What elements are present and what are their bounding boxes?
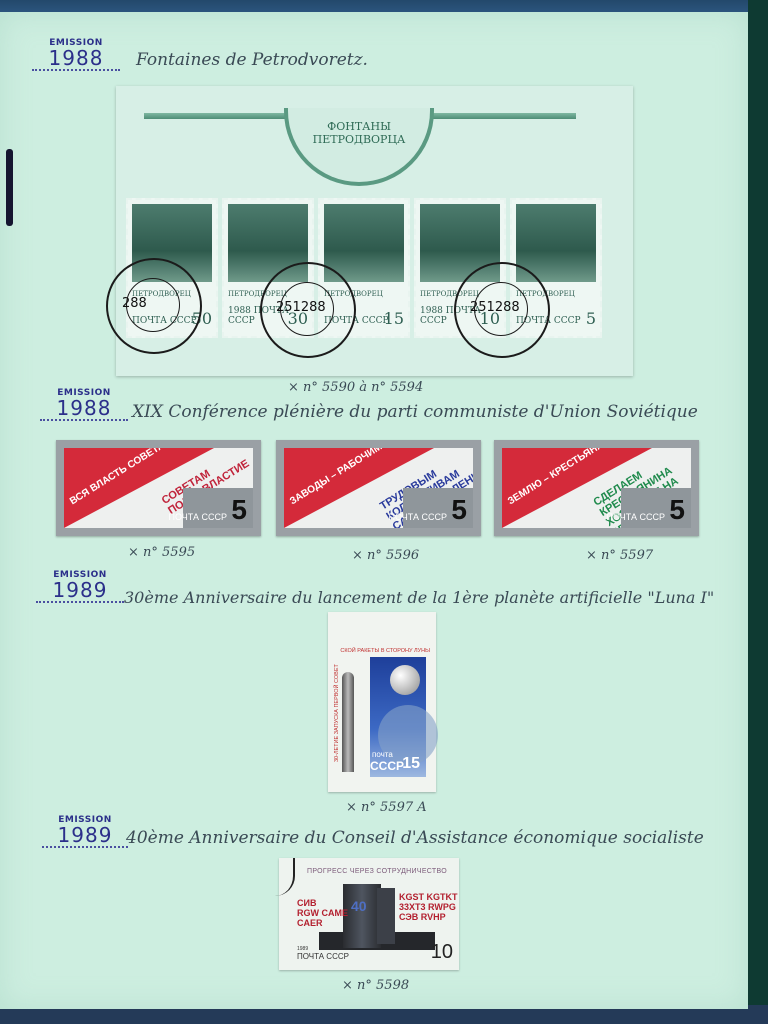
catalog-number: × n° 5595: [128, 545, 195, 560]
postmark-date: 251288: [276, 300, 326, 315]
stamp-value: 5: [586, 309, 596, 328]
catalog-number: × n° 5598: [342, 978, 409, 993]
stamp-face: ВСЯ ВЛАСТЬ СОВЕТАМ! СОВЕТАМ ПОЛНОВЛАСТИЕ…: [64, 448, 253, 528]
catalog-number: × n° 5597 A: [346, 800, 427, 815]
building-tower: [343, 884, 381, 948]
abbr-line: KGST KGTKT: [399, 892, 458, 902]
sheet-title-line1: ФОНТАНЫ: [288, 120, 430, 133]
section-title: Fontaines de Petrodvoretz.: [136, 50, 368, 70]
sheet-title-line2: ПЕТРОДВОРЦА: [288, 133, 430, 146]
stamp-value: 15: [384, 309, 404, 328]
emission-year: 1988: [32, 48, 120, 68]
stamp-space-background: почта СССР 15: [370, 657, 426, 777]
postmark-fragment: [271, 858, 295, 896]
postmark: 288: [106, 258, 202, 354]
sheet-cartouche: ФОНТАНЫ ПЕТРОДВОРЦА: [284, 108, 434, 186]
emission-year: 1989: [36, 580, 124, 600]
section-title: 40ème Anniversaire du Conseil d'Assistan…: [126, 828, 704, 848]
stamp-post-text: ПОЧТА СССР: [389, 512, 447, 522]
stamp-top-text: ПРОГРЕСС ЧЕРЕЗ СОТРУДНИЧЕСТВО: [307, 868, 447, 875]
stamp-post-text: почта: [372, 750, 393, 759]
stamp-top-text: СКОЙ РАКЕТЫ В СТОРОНУ ЛУНЫ: [334, 648, 430, 654]
stamp-conference-land[interactable]: ЗЕМЛЮ – КРЕСТЬЯНАМ! СДЕЛАЕМ КРЕСТЬЯНИНА …: [494, 440, 699, 536]
postmark: 251288: [454, 262, 550, 358]
stamp-value: 5: [669, 494, 685, 526]
abbr-line: RGW CAME: [297, 908, 348, 918]
postmark: 251288: [260, 262, 356, 358]
stamp-value: 5: [451, 494, 467, 526]
stamp-value: 10: [431, 941, 453, 964]
stamp-value: 5: [231, 494, 247, 526]
punch-hole: [6, 149, 13, 226]
stamp-country: СССР: [370, 759, 404, 773]
postmark-date: 288: [122, 296, 147, 311]
stamp-anniversary-number: 40: [351, 898, 367, 914]
rocket-shape: [342, 672, 354, 772]
stamp-post-text: ПОЧТА СССР: [169, 512, 227, 522]
stamp-luna-1[interactable]: СКОЙ РАКЕТЫ В СТОРОНУ ЛУНЫ почта СССР 15…: [328, 612, 436, 792]
section-title: XIX Conférence plénière du parti communi…: [132, 402, 698, 422]
section-title: 30ème Anniversaire du lancement de la 1è…: [124, 588, 714, 607]
stamp-side-text: 30-ЛЕТИЕ ЗАПУСКА ПЕРВОЙ СОВЕТ: [334, 664, 340, 762]
abbr-line: CAER: [297, 918, 348, 928]
catalog-number: × n° 5596: [352, 548, 419, 563]
emission-year: 1988: [40, 398, 128, 418]
emission-stamp-1989-comecon: EMISSION 1989: [42, 815, 128, 848]
stamp-value: 15: [402, 755, 420, 773]
stamp-face: ЗЕМЛЮ – КРЕСТЬЯНАМ! СДЕЛАЕМ КРЕСТЬЯНИНА …: [502, 448, 691, 528]
emission-stamp-1988-conference: EMISSION 1988: [40, 388, 128, 421]
postmark-date: 251288: [470, 300, 520, 315]
catalog-number: × n° 5597: [586, 548, 653, 563]
catalog-number: × n° 5590 à n° 5594: [288, 380, 423, 395]
abbr-line: СИВ: [297, 898, 348, 908]
luna-probe-shape: [390, 665, 420, 695]
building-wing: [377, 888, 395, 944]
stamp-right-abbreviations: KGST KGTKT 33XT3 RWPG СЭВ RVHP: [399, 892, 458, 922]
emission-stamp-1988-fountains: EMISSION 1988: [32, 38, 120, 71]
stamp-post-text: ПОЧТА СССР: [607, 512, 665, 522]
stamp-face: ЗАВОДЫ – РАБОЧИМ! ТРУДОВЫМ КОЛЛЕКТИВАМ С…: [284, 448, 473, 528]
emission-stamp-1989-luna: EMISSION 1989: [36, 570, 124, 603]
stamp-comecon-40[interactable]: ПРОГРЕСС ЧЕРЕЗ СОТРУДНИЧЕСТВО 40 СИВ RGW…: [279, 858, 459, 970]
emission-year: 1989: [42, 825, 128, 845]
album-binder-spine: [748, 0, 768, 1024]
stamp-post-text: ПОЧТА СССР: [297, 952, 349, 961]
stamp-conference-factories[interactable]: ЗАВОДЫ – РАБОЧИМ! ТРУДОВЫМ КОЛЛЕКТИВАМ С…: [276, 440, 481, 536]
abbr-line: 33XT3 RWPG: [399, 902, 458, 912]
stamp-conference-soviets[interactable]: ВСЯ ВЛАСТЬ СОВЕТАМ! СОВЕТАМ ПОЛНОВЛАСТИЕ…: [56, 440, 261, 536]
stamp-left-abbreviations: СИВ RGW CAME CAER: [297, 898, 348, 928]
abbr-line: СЭВ RVHP: [399, 912, 458, 922]
souvenir-sheet-petrodvorets[interactable]: ФОНТАНЫ ПЕТРОДВОРЦА ПЕТРОДВОРЕЦ ПОЧТА СС…: [116, 86, 633, 376]
